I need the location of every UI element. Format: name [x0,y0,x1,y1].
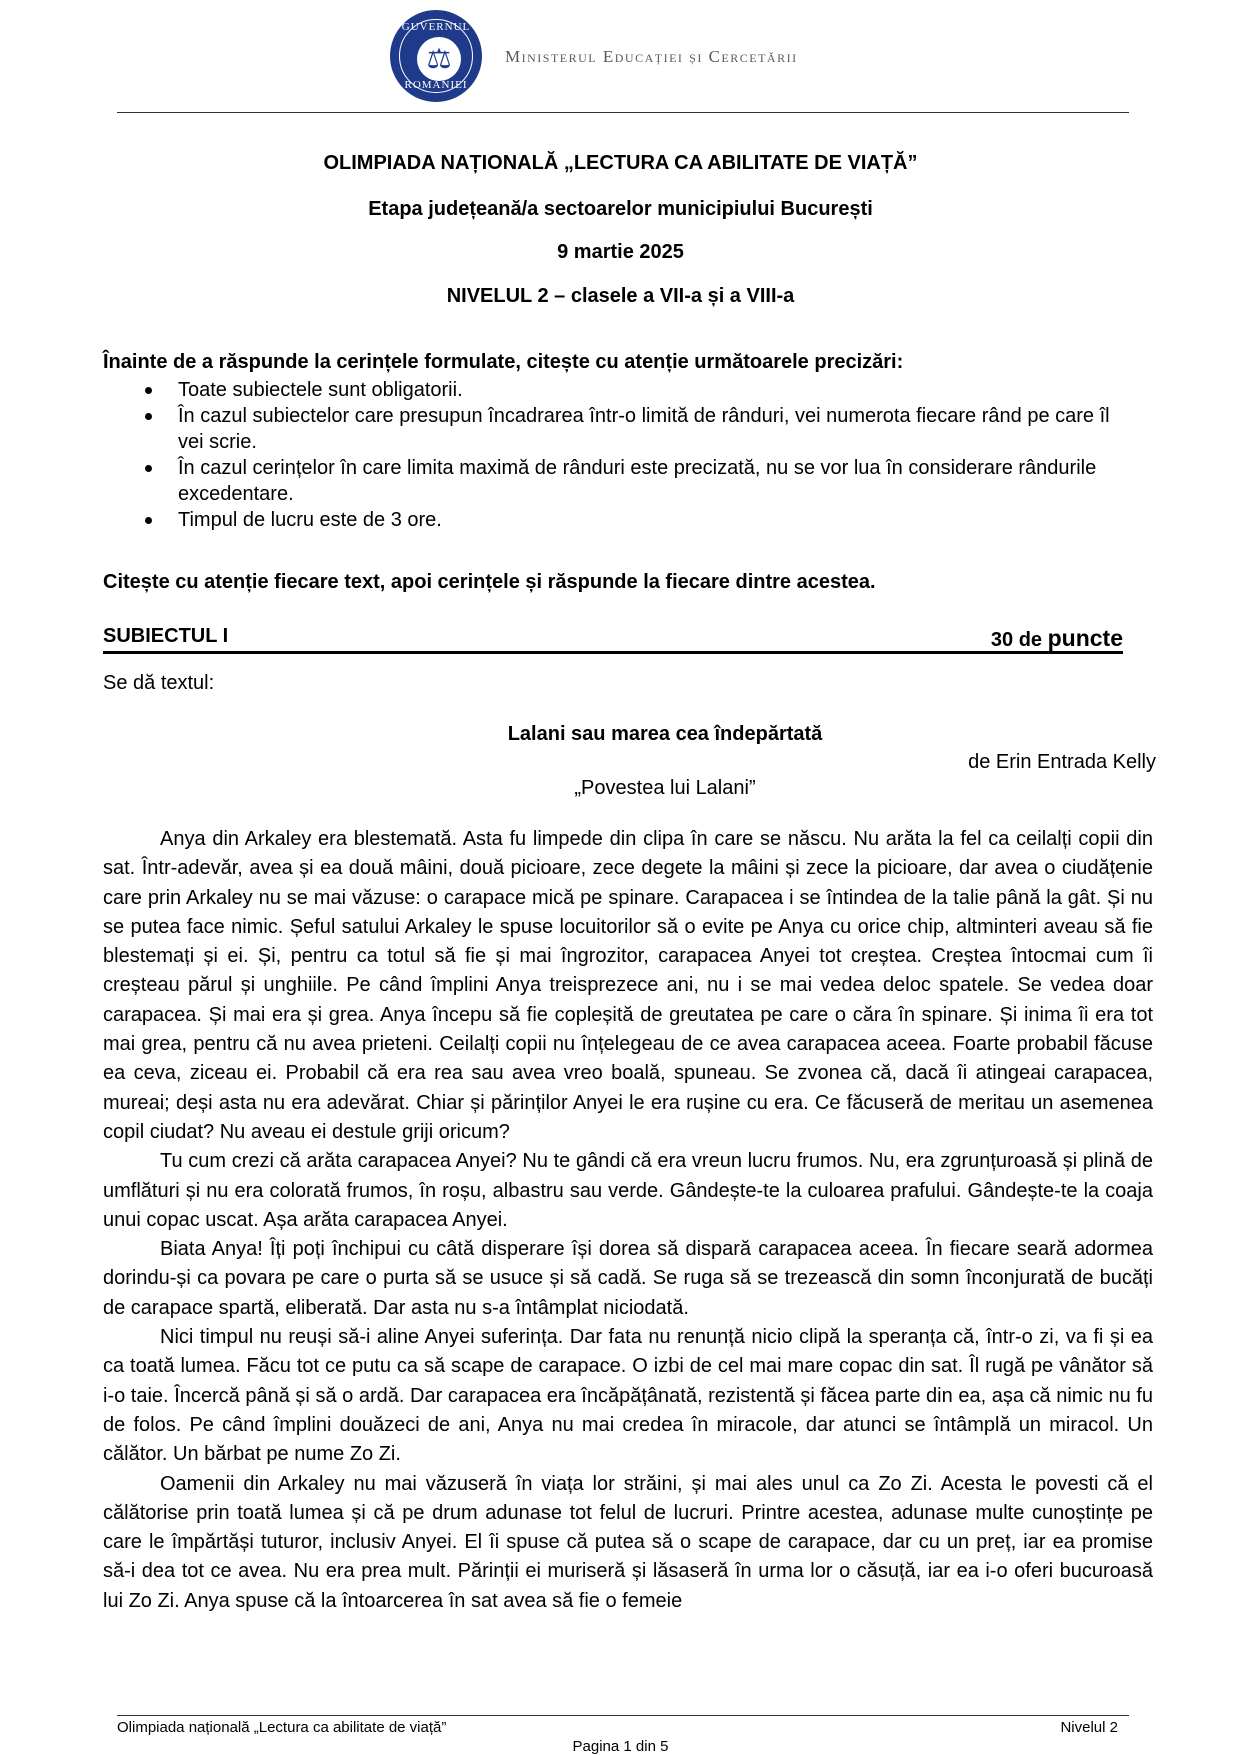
instruction-item: În cazul cerințelor în care limita maxim… [103,455,1133,507]
stage-title: Etapa județeană/a sectoarelor municipiul… [0,198,1241,221]
story-paragraph: Anya din Arkaley era blestemată. Asta fu… [103,825,1153,1147]
footer-level: Nivelul 2 [1060,1719,1118,1736]
instruction-item: Timpul de lucru este de 3 ore. [103,507,1133,533]
ministry-name: Ministerul Educației și Cercetării [505,47,798,67]
story-body: Anya din Arkaley era blestemată. Asta fu… [103,825,1153,1616]
logo-bottom-text: ROMÂNIEI [393,79,479,91]
footer-divider [117,1715,1129,1716]
page-header: GUVERNUL ⚖ ROMÂNIEI Ministerul Educației… [0,0,1241,115]
story-paragraph: Oamenii din Arkaley nu mai văzuseră în v… [103,1470,1153,1616]
subject-heading: SUBIECTUL I 30 de puncte [103,625,1123,654]
story-paragraph: Biata Anya! Îți poți închipui cu câtă di… [103,1235,1153,1323]
instructions-list: Toate subiectele sunt obligatorii. În ca… [103,377,1133,533]
government-logo: GUVERNUL ⚖ ROMÂNIEI [390,10,482,102]
story-paragraph: Tu cum crezi că arăta carapacea Anyei? N… [103,1147,1153,1235]
eagle-coat-of-arms-icon: ⚖ [425,41,453,77]
header-divider [117,112,1129,113]
story-paragraph: Nici timpul nu reuși să-i aline Anyei su… [103,1323,1153,1469]
page-number: Pagina 1 din 5 [0,1738,1241,1755]
points-number: 30 de [991,629,1042,651]
instructions-heading: Înainte de a răspunde la cerințele formu… [103,351,903,374]
exam-date: 9 martie 2025 [0,241,1241,264]
read-note: Citește cu atenție fiecare text, apoi ce… [103,571,876,594]
points-word: puncte [1048,625,1123,651]
story-author: de Erin Entrada Kelly [968,751,1156,774]
subject-points: 30 de puncte [991,625,1123,652]
olympiad-title: OLIMPIADA NAȚIONALĂ „LECTURA CA ABILITAT… [0,152,1241,175]
instruction-item: În cazul subiectelor care presupun încad… [103,403,1133,455]
story-title: Lalani sau marea cea îndepărtată [0,723,1241,746]
text-intro: Se dă textul: [103,672,214,695]
footer-olympiad: Olimpiada națională „Lectura ca abilitat… [117,1719,446,1736]
story-subtitle: „Povestea lui Lalani” [0,777,1241,800]
level-title: NIVELUL 2 – clasele a VII-a și a VIII-a [0,285,1241,308]
logo-top-text: GUVERNUL [393,21,479,33]
instruction-item: Toate subiectele sunt obligatorii. [103,377,1133,403]
subject-label: SUBIECTUL I [103,625,228,648]
